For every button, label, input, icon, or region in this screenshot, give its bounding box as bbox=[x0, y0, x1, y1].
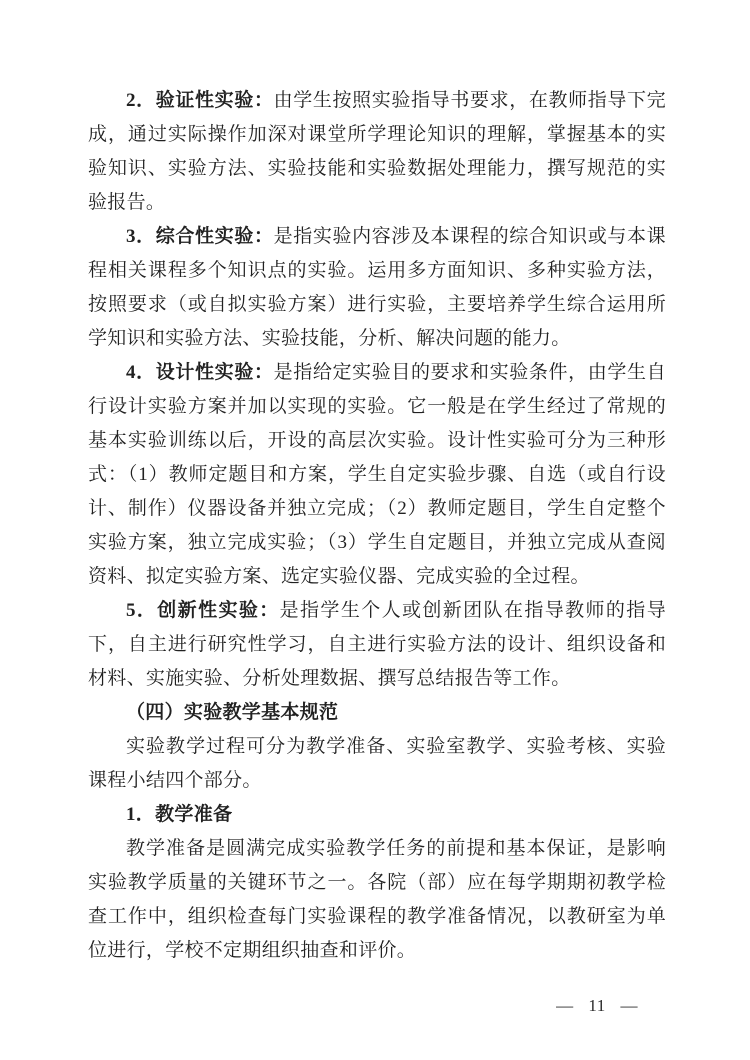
paragraph: 5．创新性实验：是指学生个人或创新团队在指导教师的指导下，自主进行研究性学习，自… bbox=[88, 594, 666, 696]
paragraph-text: 教学准备是圆满完成实验教学任务的前提和基本保证，是影响实验教学质量的关键环节之一… bbox=[88, 838, 666, 961]
paragraph-lead: 5．创新性实验： bbox=[126, 600, 280, 621]
paragraph: 3．综合性实验：是指实验内容涉及本课程的综合知识或与本课程相关课程多个知识点的实… bbox=[88, 220, 666, 356]
section-heading: 1．教学准备 bbox=[88, 798, 666, 832]
paragraph-lead: 2．验证性实验： bbox=[126, 90, 274, 111]
paragraph-text: 是指给定实验目的要求和实验条件，由学生自行设计实验方案并加以实现的实验。它一般是… bbox=[88, 362, 666, 587]
paragraph-lead: 1．教学准备 bbox=[126, 804, 232, 825]
paragraph-lead: （四）实验教学基本规范 bbox=[126, 702, 338, 723]
section-heading: （四）实验教学基本规范 bbox=[88, 696, 666, 730]
paragraph-text: 实验教学过程可分为教学准备、实验室教学、实验考核、实验课程小结四个部分。 bbox=[88, 736, 666, 791]
document-body: 2．验证性实验：由学生按照实验指导书要求，在教师指导下完成，通过实际操作加深对课… bbox=[88, 84, 666, 968]
paragraph-lead: 4．设计性实验： bbox=[126, 362, 274, 383]
page-number: — 11 — bbox=[556, 996, 638, 1016]
paragraph: 教学准备是圆满完成实验教学任务的前提和基本保证，是影响实验教学质量的关键环节之一… bbox=[88, 832, 666, 968]
paragraph: 实验教学过程可分为教学准备、实验室教学、实验考核、实验课程小结四个部分。 bbox=[88, 730, 666, 798]
document-page: 2．验证性实验：由学生按照实验指导书要求，在教师指导下完成，通过实际操作加深对课… bbox=[0, 0, 750, 1060]
paragraph-lead: 3．综合性实验： bbox=[126, 226, 274, 247]
paragraph: 2．验证性实验：由学生按照实验指导书要求，在教师指导下完成，通过实际操作加深对课… bbox=[88, 84, 666, 220]
paragraph: 4．设计性实验：是指给定实验目的要求和实验条件，由学生自行设计实验方案并加以实现… bbox=[88, 356, 666, 594]
